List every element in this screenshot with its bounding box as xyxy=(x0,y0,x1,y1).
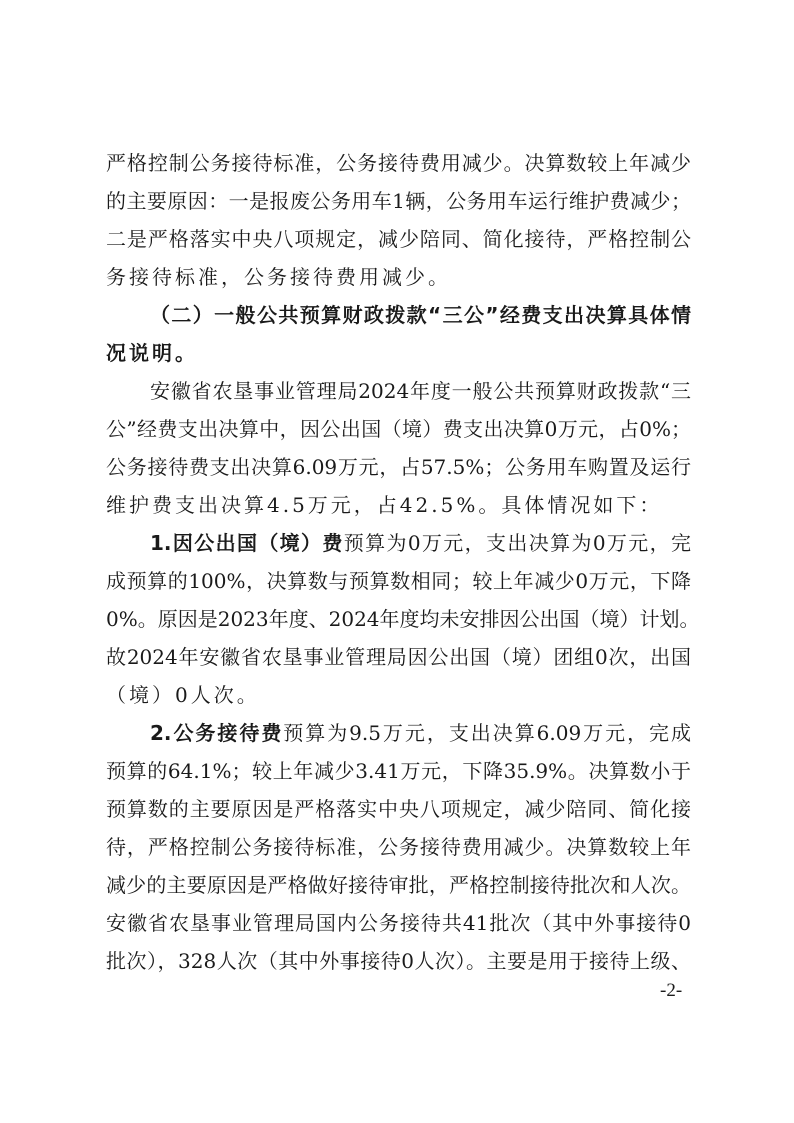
text-line: 减少的主要原因是严格做好接待审批，严格控制接待批次和人次。 xyxy=(106,870,691,908)
text-line: 待，严格控制公务接待标准，公务接待费用减少。决算数较上年 xyxy=(106,832,691,870)
text-line: 的主要原因：一是报废公务用车1辆，公务用车运行维护费减少； xyxy=(106,186,691,224)
text-line: 公务接待费支出决算6.09万元，占57.5%；公务用车购置及运行 xyxy=(106,452,691,490)
item-1-lead: 1.因公出国（境）费 xyxy=(150,531,344,555)
text-line: 1.因公出国（境）费预算为0万元，支出决算为0万元，完 xyxy=(106,528,691,566)
item-2-lead: 2.公务接待费 xyxy=(150,721,283,745)
text-line: （境）0人次。 xyxy=(106,680,691,718)
text-line: 务接待标准，公务接待费用减少。 xyxy=(106,262,691,300)
paragraph-item-2: 2.公务接待费预算为9.5万元，支出决算6.09万元，完成 预算的64.1%；较… xyxy=(106,718,691,984)
paragraph-continuation: 严格控制公务接待标准，公务接待费用减少。决算数较上年减少 的主要原因：一是报废公… xyxy=(106,148,691,300)
item-1-text: 预算为0万元，支出决算为0万元，完 xyxy=(344,531,691,555)
text-line: 预算的64.1%；较上年减少3.41万元，下降35.9%。决算数小于 xyxy=(106,756,691,794)
text-line: 故2024年安徽省农垦事业管理局因公出国（境）团组0次，出国 xyxy=(106,642,691,680)
text-line: 预算数的主要原因是严格落实中央八项规定，减少陪同、简化接 xyxy=(106,794,691,832)
text-line: 批次），328人次（其中外事接待0人次）。主要是用于接待上级、 xyxy=(106,946,691,984)
page-number: -2- xyxy=(660,980,682,1002)
text-line: 严格控制公务接待标准，公务接待费用减少。决算数较上年减少 xyxy=(106,148,691,186)
paragraph-summary: 安徽省农垦事业管理局2024年度一般公共预算财政拨款“三 公”经费支出决算中，因… xyxy=(106,376,691,528)
heading-line: （二）一般公共预算财政拨款“三公”经费支出决算具体情 xyxy=(106,300,691,338)
text-line: 成预算的100%，决算数与预算数相同；较上年减少0万元，下降 xyxy=(106,566,691,604)
text-line: 安徽省农垦事业管理局国内公务接待共41批次（其中外事接待0 xyxy=(106,908,691,946)
text-line: 维护费支出决算4.5万元，占42.5%。具体情况如下： xyxy=(106,490,691,528)
text-line: 0%。原因是2023年度、2024年度均未安排因公出国（境）计划。 xyxy=(106,604,691,642)
section-heading: （二）一般公共预算财政拨款“三公”经费支出决算具体情 况说明。 xyxy=(106,300,691,376)
text-line: 公”经费支出决算中，因公出国（境）费支出决算0万元，占0%； xyxy=(106,414,691,452)
text-line: 安徽省农垦事业管理局2024年度一般公共预算财政拨款“三 xyxy=(106,376,691,414)
text-line: 2.公务接待费预算为9.5万元，支出决算6.09万元，完成 xyxy=(106,718,691,756)
paragraph-item-1: 1.因公出国（境）费预算为0万元，支出决算为0万元，完 成预算的100%，决算数… xyxy=(106,528,691,718)
document-page: 严格控制公务接待标准，公务接待费用减少。决算数较上年减少 的主要原因：一是报废公… xyxy=(106,148,691,984)
heading-line: 况说明。 xyxy=(106,338,691,376)
text-line: 二是严格落实中央八项规定，减少陪同、简化接待，严格控制公 xyxy=(106,224,691,262)
item-2-text: 预算为9.5万元，支出决算6.09万元，完成 xyxy=(283,721,691,745)
